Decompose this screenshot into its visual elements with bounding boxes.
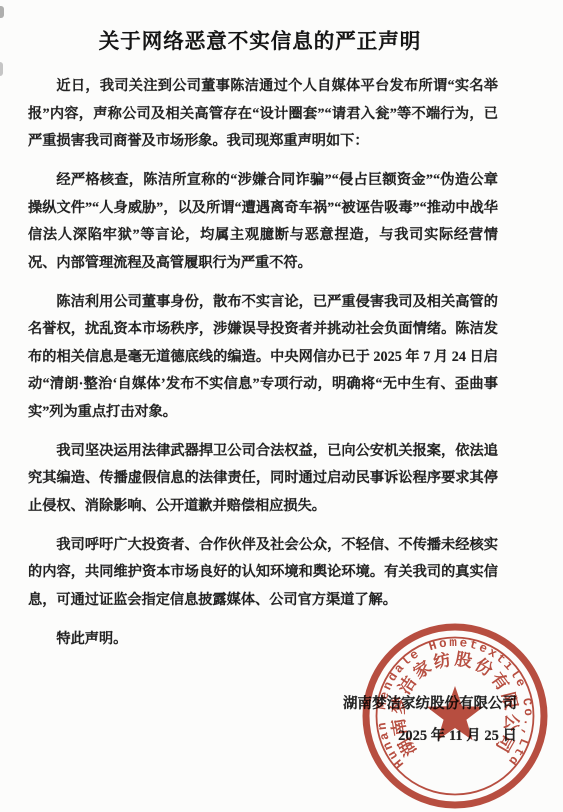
paragraph-2: 经严格核查，陈洁所宣称的“涉嫌合同诈骗”“侵占巨额资金”“伪造公章操纵文件”“人… bbox=[28, 167, 498, 277]
page-title: 关于网络恶意不实信息的严正声明 bbox=[0, 24, 520, 54]
signature-company: 湖南梦洁家纺股份有限公司 bbox=[343, 692, 517, 713]
signature-date: 2025 年 11 月 25 日 bbox=[398, 724, 517, 745]
paragraph-4: 我司坚决运用法律武器捍卫公司合法权益，已向公安机关报案，依法追究其编造、传播虚假… bbox=[28, 438, 498, 521]
closing-statement: 特此声明。 bbox=[28, 626, 498, 654]
statement-document-page: 关于网络恶意不实信息的严正声明 近日，我司关注到公司董事陈洁通过个人自媒体平台发… bbox=[0, 0, 563, 812]
paragraph-1: 近日，我司关注到公司董事陈洁通过个人自媒体平台发布所谓“实名举报”内容，声称公司… bbox=[28, 73, 498, 156]
scan-artifact bbox=[0, 62, 3, 76]
scan-artifact bbox=[0, 6, 4, 18]
statement-body: 近日，我司关注到公司董事陈洁通过个人自媒体平台发布所谓“实名举报”内容，声称公司… bbox=[28, 73, 498, 665]
paragraph-5: 我司呼吁广大投资者、合作伙伴及社会公众，不轻信、不传播未经核实的内容，共同维护资… bbox=[28, 532, 498, 615]
paragraph-3: 陈洁利用公司董事身份，散布不实言论，已严重侵害我司及相关高管的名誉权，扰乱资本市… bbox=[28, 289, 498, 427]
